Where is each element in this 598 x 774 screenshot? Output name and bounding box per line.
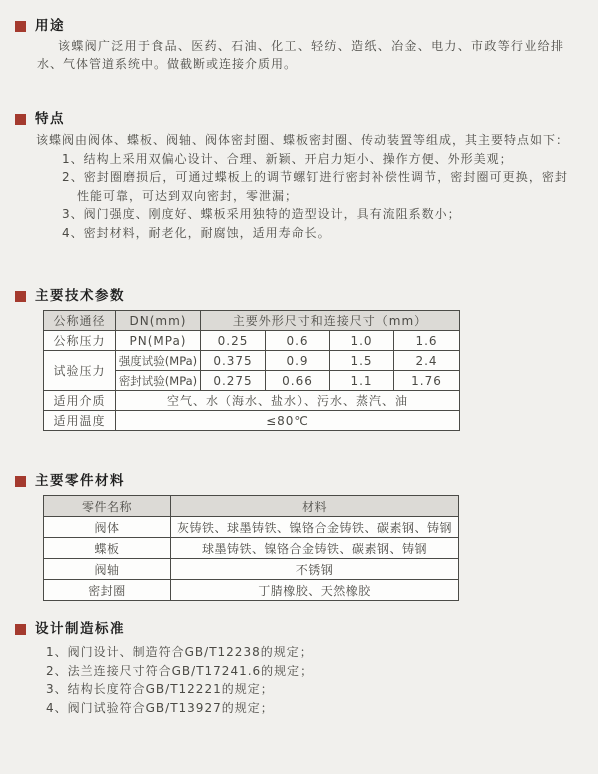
material-cell: 灰铸铁、球墨铸铁、镍铬合金铸铁、碳素钢、铸钢	[171, 517, 459, 538]
section-features: 特点 该蝶阀由阀体、蝶板、阀轴、阀体密封圈、蝶板密封圈、传动装置等组成，其主要特…	[0, 112, 598, 242]
material-cell: 球墨铸铁、镍铬合金铸铁、碳素钢、铸钢	[171, 538, 459, 559]
table-row: 适用介质 空气、水（海水、盐水）、污水、蒸汽、油	[44, 391, 460, 411]
nominal-diameter-header-cell: 公称通径	[44, 311, 116, 331]
features-title: 特点	[35, 112, 65, 126]
temperature-value-cell: ≤80℃	[116, 411, 460, 431]
standard-item: 4、阀门试验符合GB/T13927的规定；	[46, 699, 578, 718]
features-list: 1、结构上采用双偏心设计、合理、新颖、开启力矩小、操作方便、外形美观； 2、密封…	[77, 150, 568, 243]
material-header-cell: 材料	[171, 496, 459, 517]
standards-title: 设计制造标准	[35, 622, 125, 636]
materials-title: 主要零件材料	[35, 474, 125, 488]
part-name-header-cell: 零件名称	[44, 496, 171, 517]
feature-item: 1、结构上采用双偏心设计、合理、新颖、开启力矩小、操作方便、外形美观；	[77, 150, 568, 169]
seal-test-label-cell: 密封试验(MPa)	[116, 371, 201, 391]
standard-item: 2、法兰连接尺寸符合GB/T17241.6的规定；	[46, 662, 578, 681]
section-tech-params: 主要技术参数 公称通径 DN(mm) 主要外形尺寸和连接尺寸（mm） 公称压力 …	[0, 289, 598, 431]
red-square-bullet-icon	[15, 624, 26, 635]
page: 用途 该蝶阀广泛用于食品、医药、石油、化工、轻纺、造纸、冶金、电力、市政等行业给…	[0, 0, 598, 774]
tech-params-heading: 主要技术参数	[0, 289, 598, 303]
standards-heading: 设计制造标准	[0, 622, 598, 636]
red-square-bullet-icon	[15, 476, 26, 487]
tech-params-table: 公称通径 DN(mm) 主要外形尺寸和连接尺寸（mm） 公称压力 PN(MPa)…	[43, 310, 460, 431]
pn-unit-cell: PN(MPa)	[116, 331, 201, 351]
section-usage: 用途 该蝶阀广泛用于食品、医药、石油、化工、轻纺、造纸、冶金、电力、市政等行业给…	[0, 0, 598, 73]
seal-value-cell: 1.1	[330, 371, 394, 391]
section-materials: 主要零件材料 零件名称 材料 阀体 灰铸铁、球墨铸铁、镍铬合金铸铁、碳素钢、铸钢…	[0, 474, 598, 601]
part-name-cell: 蝶板	[44, 538, 171, 559]
material-cell: 不锈钢	[171, 559, 459, 580]
dn-unit-header-cell: DN(mm)	[116, 311, 201, 331]
pn-value-cell: 1.0	[330, 331, 394, 351]
tech-params-title: 主要技术参数	[35, 289, 125, 303]
strength-value-cell: 0.9	[266, 351, 330, 371]
features-heading: 特点	[0, 112, 598, 126]
standard-item: 1、阀门设计、制造符合GB/T12238的规定；	[46, 643, 578, 662]
section-standards: 设计制造标准 1、阀门设计、制造符合GB/T12238的规定； 2、法兰连接尺寸…	[0, 622, 598, 717]
pn-value-cell: 0.25	[201, 331, 266, 351]
seal-value-cell: 0.275	[201, 371, 266, 391]
materials-heading: 主要零件材料	[0, 474, 598, 488]
part-name-cell: 阀轴	[44, 559, 171, 580]
red-square-bullet-icon	[15, 114, 26, 125]
feature-item: 2、密封圈磨损后，可通过蝶板上的调节螺钉进行密封补偿性调节，密封圈可更换，密封性…	[77, 168, 568, 205]
standard-item: 3、结构长度符合GB/T12221的规定；	[46, 680, 578, 699]
temperature-label-cell: 适用温度	[44, 411, 116, 431]
table-row: 零件名称 材料	[44, 496, 459, 517]
part-name-cell: 密封圈	[44, 580, 171, 601]
test-pressure-label-cell: 试验压力	[44, 351, 116, 391]
medium-label-cell: 适用介质	[44, 391, 116, 411]
usage-heading: 用途	[0, 0, 598, 33]
seal-value-cell: 0.66	[266, 371, 330, 391]
feature-item: 4、密封材料，耐老化，耐腐蚀，适用寿命长。	[77, 224, 568, 243]
strength-value-cell: 0.375	[201, 351, 266, 371]
table-row: 密封圈 丁腈橡胶、天然橡胶	[44, 580, 459, 601]
strength-test-label-cell: 强度试验(MPa)	[116, 351, 201, 371]
seal-value-cell: 1.76	[394, 371, 460, 391]
table-row: 适用温度 ≤80℃	[44, 411, 460, 431]
medium-value-cell: 空气、水（海水、盐水）、污水、蒸汽、油	[116, 391, 460, 411]
pn-value-cell: 0.6	[266, 331, 330, 351]
part-name-cell: 阀体	[44, 517, 171, 538]
usage-paragraph: 该蝶阀广泛用于食品、医药、石油、化工、轻纺、造纸、冶金、电力、市政等行业给排水、…	[37, 38, 564, 73]
features-intro: 该蝶阀由阀体、蝶板、阀轴、阀体密封圈、蝶板密封圈、传动装置等组成，其主要特点如下…	[36, 131, 578, 150]
standards-list: 1、阀门设计、制造符合GB/T12238的规定； 2、法兰连接尺寸符合GB/T1…	[46, 643, 578, 717]
table-row: 阀体 灰铸铁、球墨铸铁、镍铬合金铸铁、碳素钢、铸钢	[44, 517, 459, 538]
table-row: 试验压力 强度试验(MPa) 0.375 0.9 1.5 2.4	[44, 351, 460, 371]
table-row: 阀轴 不锈钢	[44, 559, 459, 580]
strength-value-cell: 2.4	[394, 351, 460, 371]
pn-value-cell: 1.6	[394, 331, 460, 351]
strength-value-cell: 1.5	[330, 351, 394, 371]
dimensions-span-header-cell: 主要外形尺寸和连接尺寸（mm）	[201, 311, 460, 331]
table-row: 蝶板 球墨铸铁、镍铬合金铸铁、碳素钢、铸钢	[44, 538, 459, 559]
table-row: 公称压力 PN(MPa) 0.25 0.6 1.0 1.6	[44, 331, 460, 351]
usage-title: 用途	[35, 19, 65, 33]
table-row: 公称通径 DN(mm) 主要外形尺寸和连接尺寸（mm）	[44, 311, 460, 331]
material-cell: 丁腈橡胶、天然橡胶	[171, 580, 459, 601]
red-square-bullet-icon	[15, 291, 26, 302]
red-square-bullet-icon	[15, 21, 26, 32]
materials-table: 零件名称 材料 阀体 灰铸铁、球墨铸铁、镍铬合金铸铁、碳素钢、铸钢 蝶板 球墨铸…	[43, 495, 459, 601]
nominal-pressure-label-cell: 公称压力	[44, 331, 116, 351]
feature-item: 3、阀门强度、刚度好、蝶板采用独特的造型设计，具有流阻系数小；	[77, 205, 568, 224]
